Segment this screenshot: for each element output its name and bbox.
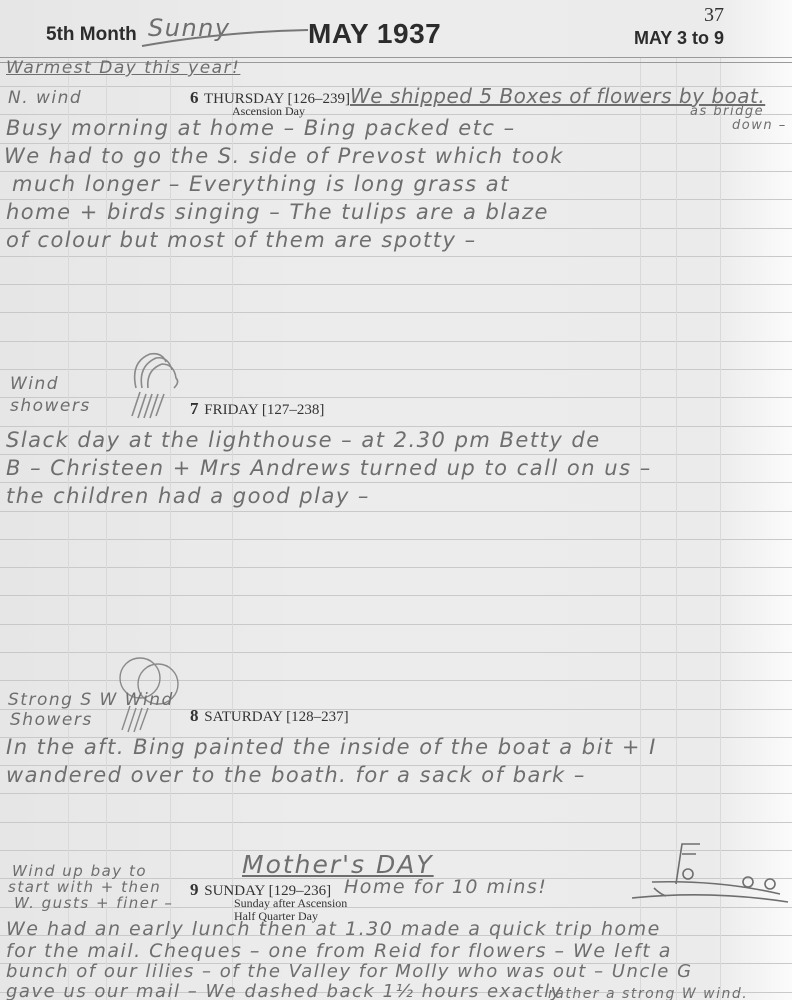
entry-line: for the mail. Cheques – one from Reid fo… [6,940,672,962]
day-number: 6 [190,88,199,107]
day-header-friday: 7 FRIDAY [127–238] [190,399,324,419]
day-number: 7 [190,399,199,418]
day-weather-line: showers [10,396,91,416]
boat-sketch-icon [630,840,790,906]
entry-line: rather a strong W wind. [548,986,748,1000]
day-number: 8 [190,706,199,725]
entry-line: Busy morning at home – Bing packed etc – [6,116,516,140]
entry-line: In the aft. Bing painted the inside of t… [6,735,657,759]
rain-cloud-icon [122,348,186,422]
side-note-line: as bridge [690,104,764,119]
month-title: MAY 1937 [308,18,441,50]
entry-line: Slack day at the lighthouse – at 2.30 pm… [6,428,601,452]
entry-line: the children had a good play – [6,484,370,508]
day-weather-line: Strong S W Wind [8,690,174,710]
month-label: 5th Month [46,24,137,46]
day-weekday: FRIDAY [204,402,258,418]
entry-line: We had to go the S. side of Prevost whic… [4,144,564,168]
entry-line: much longer – Everything is long grass a… [12,172,510,196]
side-note-line: down – [732,118,787,133]
entry-line: wandered over to the boath. for a sack o… [6,763,586,787]
day-count: [127–238] [262,402,325,418]
day-weather-line: Showers [10,710,93,730]
day-headline-2: Home for 10 mins! [344,876,547,898]
entry-line: bunch of our lilies – of the Valley for … [6,961,693,982]
day-header-saturday: 8 SATURDAY [128–237] [190,706,349,726]
entry-line: home + birds singing – The tulips are a … [6,200,549,224]
day-weekday: SATURDAY [204,709,282,725]
entry-line: of colour but most of them are spotty – [6,228,477,252]
week-range: MAY 3 to 9 [634,28,724,49]
top-note: Warmest Day this year! [6,58,240,78]
day-weather-line: Wind [10,374,59,394]
underline-stroke-icon [140,26,310,50]
day-weather-line: W. gusts + finer – [14,894,173,912]
entry-line: We had an early lunch then at 1.30 made … [6,918,661,940]
diary-page: 37 5th Month Sunny MAY 1937 MAY 3 to 9 W… [0,0,792,1000]
day-weather-line: N. wind [8,88,82,108]
entry-line: B – Christeen + Mrs Andrews turned up to… [6,456,652,480]
day-observance: Sunday after Ascension [234,896,347,910]
page-number: 37 [704,4,724,27]
day-headline: Mother's DAY [242,850,434,879]
day-number: 9 [190,880,199,899]
entry-line: gave us our mail – We dashed back 1½ hou… [6,981,563,1000]
day-count: [128–237] [286,709,349,725]
